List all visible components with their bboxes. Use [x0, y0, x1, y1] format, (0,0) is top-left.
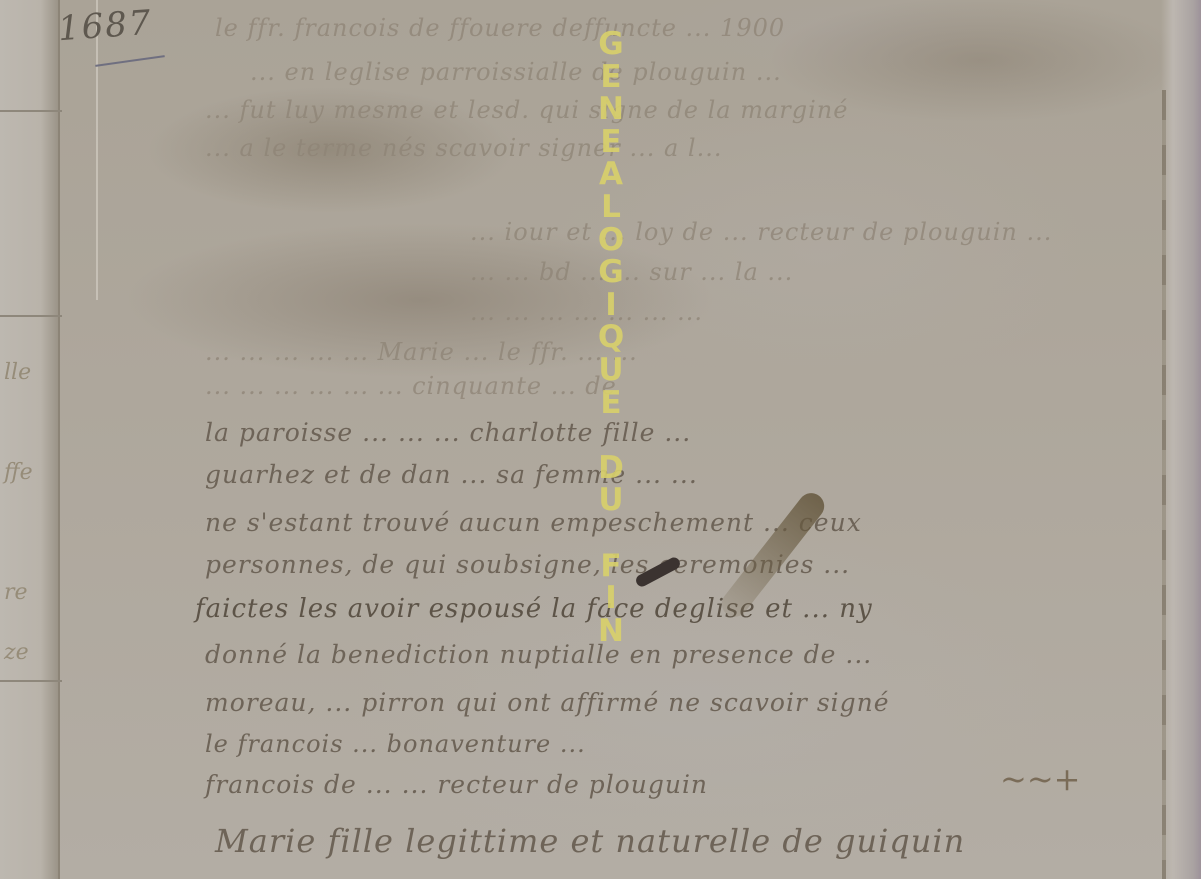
handwritten-line: ne s'estant trouvé aucun empeschement ..… [205, 508, 862, 537]
handwritten-line: ... ... ... ... ... ... ... [470, 298, 703, 326]
strip-edge [0, 110, 62, 112]
handwritten-line: ... ... ... ... ... Marie ... le ffr. ..… [205, 338, 638, 366]
handwritten-line: moreau, ... pirron qui ont affirmé ne sc… [205, 688, 890, 717]
watermark-letter: N [598, 93, 624, 126]
handwritten-line: faictes les avoir espousé la face deglis… [195, 594, 873, 624]
watermark-letter: A [599, 158, 623, 191]
handwritten-line: ... ... ... ... ... ... cinquante ... de [205, 372, 617, 400]
watermark-letter: F [600, 550, 621, 583]
watermark-letter: N [598, 615, 624, 648]
watermark-letter: U [598, 484, 623, 517]
margin-note: re [4, 580, 28, 605]
watermark-letter: L [601, 191, 621, 224]
watermark-letter: G [598, 256, 623, 289]
margin-note: ze [4, 640, 29, 665]
watermark: G E N E A L O G I Q U E D U F I N [597, 28, 625, 647]
page-number-underline [95, 55, 165, 67]
watermark-letter: G [598, 28, 623, 61]
watermark-letter: E [600, 126, 621, 159]
handwritten-line: ... iour et ... loy de ... recteur de pl… [470, 218, 1052, 246]
document-page: lle ffe re ze 1687 le ffr. francois de f… [0, 0, 1201, 879]
watermark-letter: D [598, 452, 624, 485]
right-tear [1162, 90, 1166, 879]
handwritten-line: le francois ... bonaventure ... [205, 730, 586, 758]
left-torn-strip: lle ffe re ze [0, 0, 60, 879]
watermark-letter: E [600, 61, 621, 94]
handwritten-line: ... en leglise parroissialle de plouguin… [250, 58, 782, 86]
margin-note: lle [4, 360, 31, 385]
strip-edge [0, 315, 62, 317]
watermark-letter: U [598, 354, 623, 387]
handwritten-line: ... fut luy mesme et lesd. qui signe de … [205, 96, 848, 124]
watermark-letter: Q [598, 321, 624, 354]
handwritten-line: le ffr. francois de ffouere deffuncte ..… [215, 14, 785, 42]
watermark-letter: O [598, 224, 624, 257]
strip-edge [0, 680, 62, 682]
watermark-letter: E [600, 387, 621, 420]
handwritten-line: ... a le terme nés scavoir signer ... a … [205, 134, 722, 162]
watermark-letter: I [605, 582, 617, 615]
margin-note: ffe [4, 460, 33, 485]
handwritten-line: ... ... bd ... ... sur ... la ... [470, 258, 793, 286]
signature-flourish: ~~+ [1000, 760, 1080, 798]
right-paper-edge [1161, 0, 1201, 879]
handwritten-line: donné la benediction nuptialle en presen… [205, 640, 872, 669]
page-number: 1687 [57, 3, 154, 49]
handwritten-line: francois de ... ... recteur de plouguin [205, 770, 708, 799]
handwritten-line: Marie fille legittime et naturelle de gu… [215, 822, 965, 860]
watermark-letter: I [605, 289, 617, 322]
